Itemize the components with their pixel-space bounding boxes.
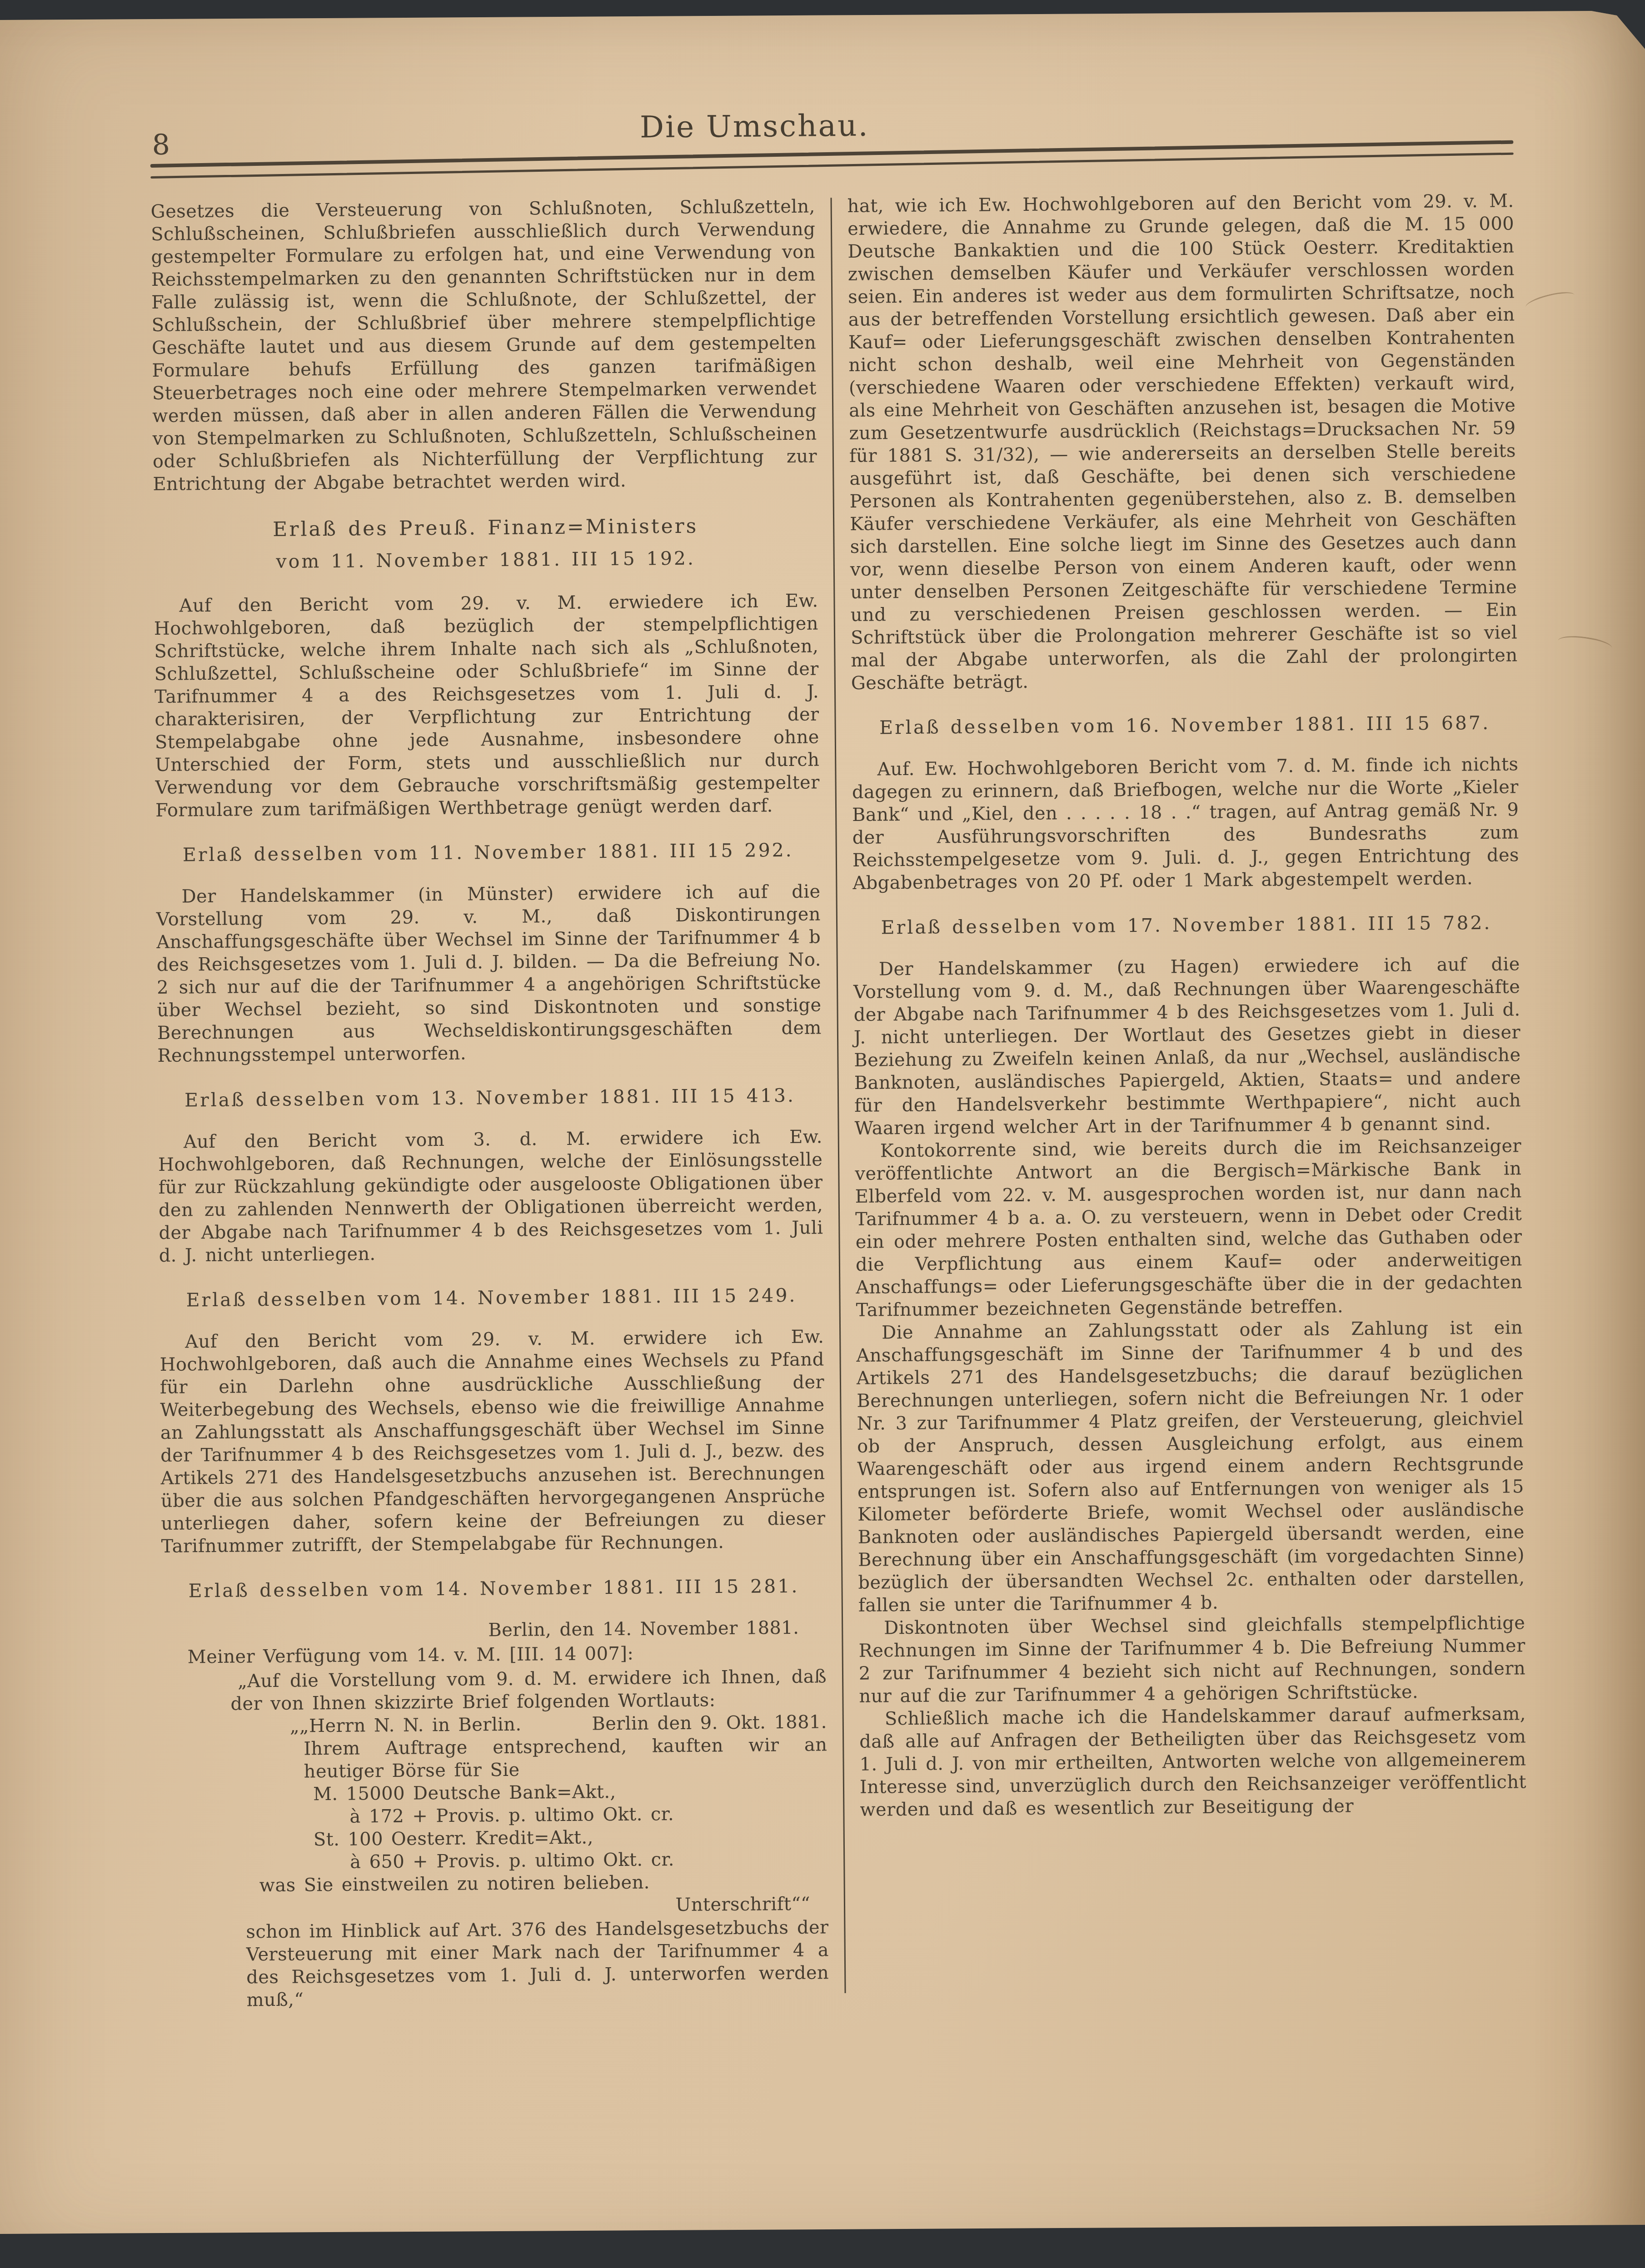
left-column: Gesetzes die Versteuerung von Schlußnote… bbox=[151, 195, 829, 2012]
decree-heading: Erlaß des Preuß. Finanz=Ministers vom 11… bbox=[153, 514, 818, 573]
letter-signature: Unterschrift““ bbox=[259, 1893, 810, 1920]
paragraph: Schließlich mache ich die Handelskammer … bbox=[859, 1702, 1527, 1821]
letter-item-price: à 650 + Provis. p. ultimo Okt. cr. bbox=[350, 1847, 828, 1873]
page-content: 8 Die Umschau. Gesetzes die Versteuerung… bbox=[150, 103, 1528, 2012]
decree-heading: Erlaß desselben vom 14. November 1881. I… bbox=[159, 1283, 823, 1311]
paragraph: Gesetzes die Versteuerung von Schlußnote… bbox=[151, 195, 818, 496]
scanned-page: 8 Die Umschau. Gesetzes die Versteuerung… bbox=[0, 0, 1645, 2268]
journal-title: Die Umschau. bbox=[73, 104, 1436, 149]
paragraph: Auf den Bericht vom 29. v. M. erwiedere … bbox=[154, 589, 820, 821]
paragraph: Auf. Ew. Hochwohlgeboren Bericht vom 7. … bbox=[852, 753, 1519, 895]
date-line: Berlin, den 14. November 1881. bbox=[162, 1616, 799, 1644]
decree-heading-line1: Erlaß des Preuß. Finanz=Ministers bbox=[153, 514, 818, 542]
paragraph: Der Handelskammer (in Münster) erwidere … bbox=[156, 880, 822, 1067]
letter-addressee: „„Herrn N. N. in Berlin. bbox=[290, 1713, 522, 1738]
right-column: hat, wie ich Ew. Hochwohlgeboren auf den… bbox=[847, 189, 1528, 2006]
decree-heading-line2: vom 11. November 1881. III 15 192. bbox=[154, 546, 818, 573]
paper-scratch bbox=[1524, 288, 1576, 313]
paper-sheet: 8 Die Umschau. Gesetzes die Versteuerung… bbox=[0, 0, 1645, 2268]
quoted-letter: „„Herrn N. N. in Berlin. Berlin den 9. O… bbox=[258, 1711, 828, 1920]
paragraph: Auf den Bericht vom 29. v. M. erwidere i… bbox=[160, 1325, 826, 1557]
letter-place-date: Berlin den 9. Okt. 1881. bbox=[592, 1711, 827, 1735]
decree-heading: Erlaß desselben vom 17. November 1881. I… bbox=[853, 911, 1520, 939]
paragraph: Kontokorrente sind, wie bereits durch di… bbox=[855, 1134, 1523, 1322]
decree-heading: Erlaß desselben vom 14. November 1881. I… bbox=[161, 1574, 826, 1602]
paragraph: hat, wie ich Ew. Hochwohlgeboren auf den… bbox=[847, 189, 1518, 694]
letter-body: Ihrem Auftrage entsprechend, kauften wir… bbox=[304, 1733, 827, 1783]
paragraph: Auf den Bericht vom 3. d. M. erwidere ic… bbox=[158, 1125, 823, 1267]
letter-item-price: à 172 + Provis. p. ultimo Okt. cr. bbox=[349, 1801, 827, 1828]
text-columns: Gesetzes die Versteuerung von Schlußnote… bbox=[151, 189, 1528, 2012]
decree-heading: Erlaß desselben vom 16. November 1881. I… bbox=[851, 711, 1518, 739]
quote-close: schon im Hinblick auf Art. 376 des Hande… bbox=[246, 1916, 829, 2011]
decree-heading: Erlaß desselben vom 11. November 1881. I… bbox=[156, 838, 820, 866]
letter-item: St. 100 Oesterr. Kredit=Akt., bbox=[314, 1824, 828, 1851]
paragraph: Diskontnoten über Wechsel sind gleichfal… bbox=[858, 1611, 1526, 1708]
rule-bottom bbox=[150, 153, 1514, 179]
decree-heading: Erlaß desselben vom 13. November 1881. I… bbox=[158, 1084, 822, 1111]
paper-scratch bbox=[1557, 633, 1613, 656]
column-divider-rule bbox=[831, 198, 846, 1993]
paragraph: Meiner Verfügung vom 14. v. M. [III. 14 … bbox=[162, 1641, 826, 1668]
paragraph: Die Annahme an Zahlungsstatt oder als Za… bbox=[856, 1316, 1525, 1617]
paragraph: Der Handelskammer (zu Hagen) erwiedere i… bbox=[853, 953, 1521, 1140]
letter-item: M. 15000 Deutsche Bank=Akt., bbox=[313, 1779, 827, 1805]
quote-intro: „Auf die Vorstellung vom 9. d. M. erwide… bbox=[230, 1665, 827, 1715]
